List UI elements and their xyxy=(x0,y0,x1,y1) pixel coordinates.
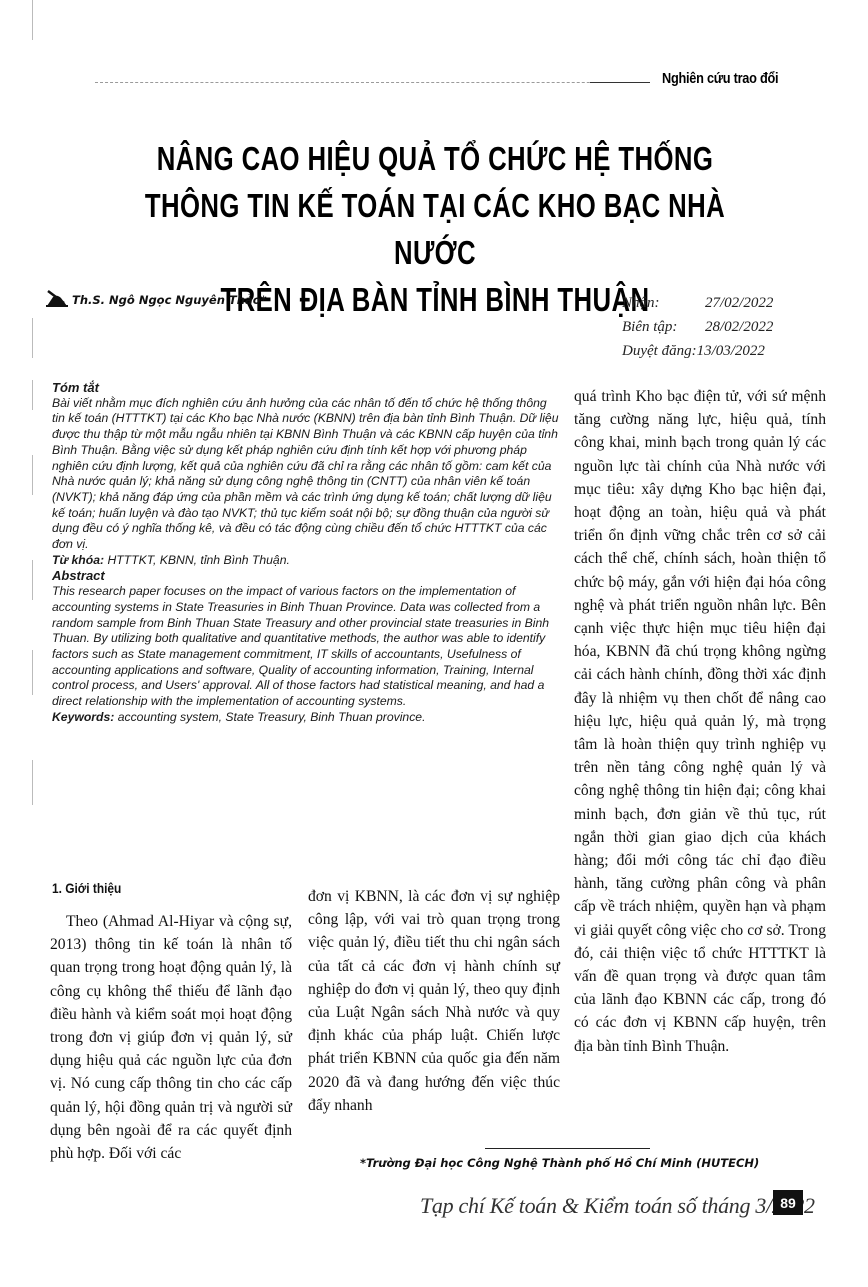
body-paragraph: quá trình Kho bạc điện tử, với sứ mệnh t… xyxy=(574,385,826,1058)
journal-footer: Tạp chí Kế toán & Kiểm toán số tháng 3/2… xyxy=(420,1193,815,1219)
footnote-rule xyxy=(485,1148,650,1149)
page-number: 89 xyxy=(773,1190,803,1215)
body-column-left: Theo (Ahmad Al-Hiyar và cộng sự, 2013) t… xyxy=(50,910,292,1165)
article-dates: Nhận: 27/02/2022 Biên tập: 28/02/2022 Du… xyxy=(622,291,773,363)
date-received: Nhận: 27/02/2022 xyxy=(622,291,773,315)
body-paragraph: Theo (Ahmad Al-Hiyar và cộng sự, 2013) t… xyxy=(50,910,292,1165)
abstract-en-heading: Abstract xyxy=(52,568,562,584)
author-name: Th.S. Ngô Ngọc Nguyên Thảo* xyxy=(72,293,267,307)
section-tag: Nghiên cứu trao đổi xyxy=(662,70,778,87)
date-edited: Biên tập: 28/02/2022 xyxy=(622,315,773,339)
scan-margin-mark xyxy=(32,318,33,358)
abstract-en-text: This research paper focuses on the impac… xyxy=(52,584,562,710)
abstract-section: Tóm tắt Bài viết nhằm mục đích nghiên cứ… xyxy=(52,380,562,725)
title-line: THÔNG TIN KẾ TOÁN TẠI CÁC KHO BẠC NHÀ NƯ… xyxy=(127,182,743,276)
keywords-en: Keywords: accounting system, State Treas… xyxy=(52,710,562,726)
body-column-right: quá trình Kho bạc điện tử, với sứ mệnh t… xyxy=(574,385,826,1058)
scan-margin-mark xyxy=(32,650,33,695)
author-affiliation-footnote: *Trường Đại học Công Nghệ Thành phố Hồ C… xyxy=(360,1156,759,1170)
header-dashed-rule xyxy=(95,82,650,83)
abstract-vi-text: Bài viết nhằm mục đích nghiên cứu ảnh hư… xyxy=(52,396,562,553)
scan-margin-mark xyxy=(32,760,33,805)
title-line: NÂNG CAO HIỆU QUẢ TỔ CHỨC HỆ THỐNG xyxy=(127,135,743,182)
scan-margin-mark xyxy=(32,455,33,495)
pen-writing-icon xyxy=(45,288,69,311)
header-solid-rule xyxy=(590,82,650,83)
section-heading: 1. Giới thiệu xyxy=(52,880,121,896)
author-byline: Th.S. Ngô Ngọc Nguyên Thảo* xyxy=(45,288,267,311)
abstract-vi-heading: Tóm tắt xyxy=(52,380,562,396)
scan-margin-mark xyxy=(32,380,33,410)
date-approved: Duyệt đăng: 13/03/2022 xyxy=(622,339,773,363)
scan-margin-mark xyxy=(32,0,33,40)
keywords-vi: Từ khóa: HTTTKT, KBNN, tỉnh Bình Thuận. xyxy=(52,553,562,569)
body-paragraph: đơn vị KBNN, là các đơn vị sự nghiệp côn… xyxy=(308,885,560,1117)
scan-margin-mark xyxy=(32,560,33,600)
body-column-middle: đơn vị KBNN, là các đơn vị sự nghiệp côn… xyxy=(308,885,560,1117)
